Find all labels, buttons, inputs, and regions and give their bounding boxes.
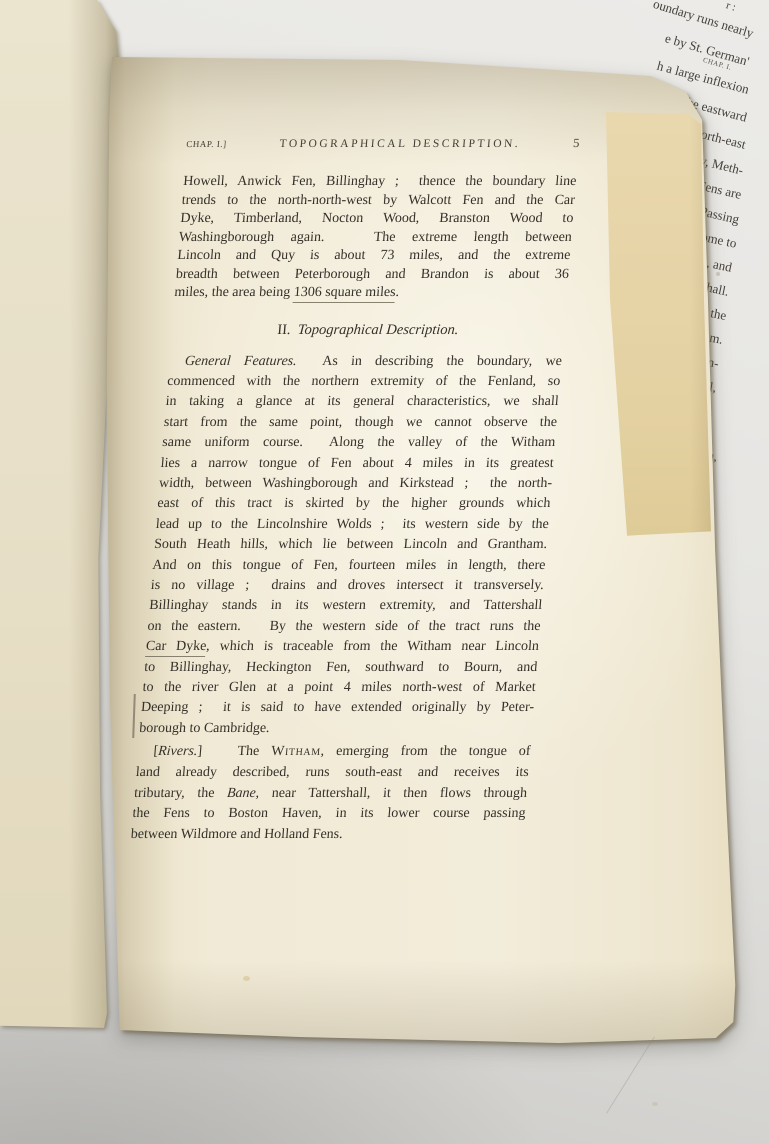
- text-line: to Billinghay, Heckington Fen, southward…: [143, 658, 538, 678]
- text-line: [Rivers.] The Witham, emerging from the …: [137, 742, 532, 763]
- text-line: South Heath hills, which lie between Lin…: [153, 535, 548, 555]
- text-line: between Wildmore and Holland Fens.: [130, 825, 525, 846]
- chapter-label: CHAP. I.]: [186, 139, 227, 149]
- text-segment: As in describing the boundary, we: [296, 354, 562, 369]
- text-segment: miles, the area being: [174, 285, 295, 300]
- text-line: And on this tongue of Fen, fourteen mile…: [152, 556, 547, 576]
- text-line: land already described, runs south-east …: [135, 763, 530, 784]
- text-line: Washingborough again. The extreme length…: [178, 229, 572, 248]
- pencil-underlined-text: 1306 square miles: [293, 285, 396, 303]
- text-line: tributary, the Bane, near Tattershall, i…: [133, 784, 528, 805]
- text-line: Dyke, Timberland, Nocton Wood, Branston …: [180, 210, 574, 229]
- paragraph-boundary-continuation: Howell, Anwick Fen, Billinghay ; thence …: [174, 173, 577, 303]
- small-caps-river-name: Witham: [271, 744, 322, 759]
- text-line: in taking a glance at its general charac…: [165, 392, 560, 412]
- text-line: breadth between Peterborough and Brandon…: [175, 266, 569, 285]
- text-line: commenced with the northern extremity of…: [166, 372, 561, 392]
- text-line: borough to Cambridge.: [138, 719, 533, 739]
- section-numeral: II.: [277, 322, 292, 338]
- text-line: Billinghay stands in its western extremi…: [148, 596, 543, 616]
- italic-lead-in: Rivers.: [158, 744, 198, 759]
- text-line: width, between Washingborough and Kirkst…: [158, 474, 553, 494]
- text-segment: .: [395, 285, 400, 300]
- text-segment: , near Tattershall, it then flows throug…: [255, 786, 528, 801]
- text-line: Car Dyke, which is traceable from the Wi…: [145, 637, 540, 657]
- section-heading: II. Topographical Description.: [171, 320, 566, 340]
- text-segment: , emerging from the tongue of: [320, 744, 531, 759]
- text-segment: tributary, the: [134, 786, 228, 801]
- paragraph-rivers: [Rivers.] The Witham, emerging from the …: [130, 742, 531, 846]
- text-line: lead up to the Lincolnshire Wolds ; its …: [155, 515, 550, 535]
- text-line: lies a narrow tongue of Fen about 4 mile…: [160, 454, 555, 474]
- text-segment: , which is traceable from the Witham nea…: [206, 639, 540, 654]
- text-line: same uniform course. Along the valley of…: [161, 433, 556, 453]
- text-line: to the river Glen at a point 4 miles nor…: [142, 678, 537, 698]
- paragraph-general-features: General Features. As in describing the b…: [138, 352, 562, 740]
- photo-of-open-book: r : oundary runs nearly e by St. German'…: [0, 0, 769, 1144]
- running-header: CHAP. I.] TOPOGRAPHICAL DESCRIPTION. 5: [186, 136, 580, 153]
- paper-speck: [716, 272, 720, 276]
- text-line: Deeping ; it is said to have extended or…: [140, 698, 535, 718]
- text-segment: ] The: [197, 744, 272, 759]
- text-line: on the eastern. By the western side of t…: [147, 617, 542, 637]
- text-line: the Fens to Boston Haven, in its lower c…: [132, 804, 527, 825]
- printed-text-block: CHAP. I.] TOPOGRAPHICAL DESCRIPTION. 5 H…: [130, 136, 580, 846]
- text-line: start from the same point, though we can…: [163, 413, 558, 433]
- text-line: east of this tract is skirted by the hig…: [157, 494, 552, 514]
- italic-lead-in: General Features.: [184, 354, 297, 369]
- text-line: miles, the area being 1306 square miles.: [174, 284, 568, 303]
- text-line: Lincoln and Quy is about 73 miles, and t…: [177, 247, 571, 266]
- text-line: is no village ; drains and droves inters…: [150, 576, 545, 596]
- text-line: General Features. As in describing the b…: [168, 352, 563, 372]
- text-line: trends to the north-north-west by Walcot…: [181, 192, 575, 211]
- italic-river-name: Bane: [226, 786, 256, 801]
- section-title: Topographical Description.: [297, 322, 459, 338]
- page-number: 5: [573, 136, 580, 151]
- running-title: TOPOGRAPHICAL DESCRIPTION.: [279, 138, 521, 150]
- paper-speck: [652, 1102, 658, 1106]
- pencil-underlined-text: Car Dyke: [145, 639, 207, 657]
- text-line: Howell, Anwick Fen, Billinghay ; thence …: [183, 173, 577, 192]
- paper-speck: [243, 976, 250, 981]
